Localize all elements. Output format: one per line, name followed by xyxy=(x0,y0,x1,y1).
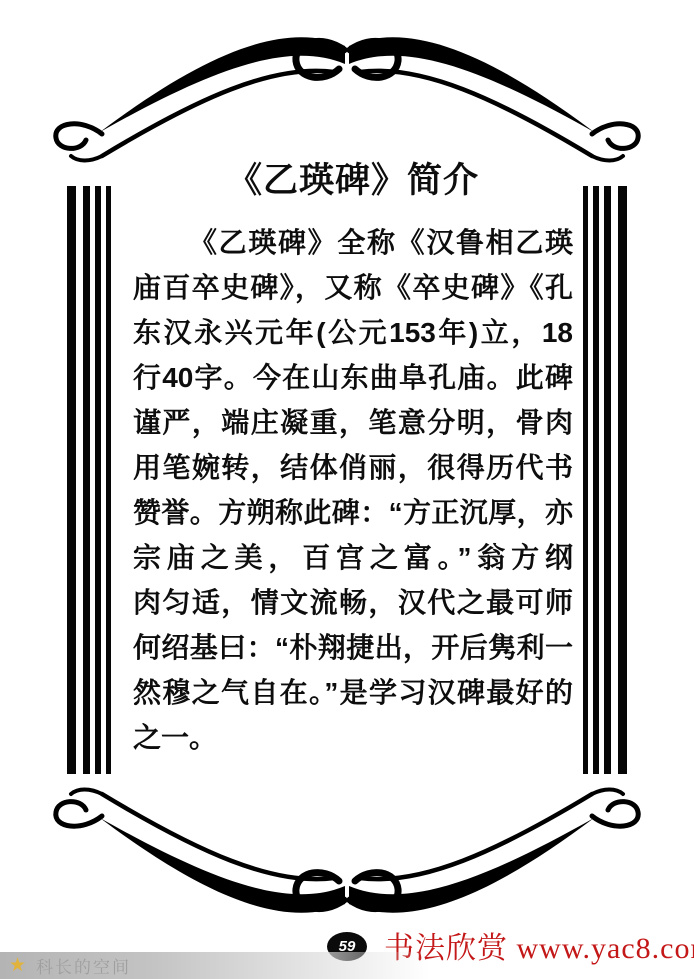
body-line: 《乙瑛碑》全称《汉鲁相乙瑛靖置孔 xyxy=(133,220,573,265)
scanned-book-page: 《乙瑛碑》简介 《乙瑛碑》全称《汉鲁相乙瑛靖置孔 庙百卒史碑》，又称《卒史碑》《… xyxy=(0,0,694,979)
body-text: 《乙瑛碑》全称《汉鲁相乙瑛靖置孔 庙百卒史碑》，又称《卒史碑》《孔和碑》。 东汉… xyxy=(133,220,573,760)
stripe xyxy=(67,186,76,774)
stripe xyxy=(583,186,588,774)
stripe xyxy=(618,186,627,774)
body-line: 东汉永兴元年(公元153年)立，18行，每 xyxy=(133,310,573,355)
body-line: 何绍基曰：“朴翔捷出，开后隽利一门， xyxy=(133,625,573,670)
stripe xyxy=(83,186,90,774)
flourish-bottom-ornament xyxy=(40,782,654,942)
stripe xyxy=(593,186,599,774)
corner-watermark-text: 科长的空间 xyxy=(36,953,131,978)
left-stripe-border xyxy=(67,186,111,774)
body-line: 然穆之气自在。”是学习汉碑最好的范本 xyxy=(133,670,573,715)
page-title: 《乙瑛碑》简介 xyxy=(133,158,573,210)
star-icon: ★ xyxy=(9,956,26,975)
stripe xyxy=(106,186,111,774)
body-line: 谨严，端庄凝重，笔意分明，骨肉匀称， xyxy=(133,400,573,445)
body-line: 用笔婉转，结体俏丽，很得历代书家的 xyxy=(133,445,573,490)
right-stripe-border xyxy=(583,186,627,774)
site-watermark: 书法欣赏 www.yac8.com xyxy=(384,929,694,969)
body-line: 庙百卒史碑》，又称《卒史碑》《孔和碑》。 xyxy=(133,265,573,310)
stripe xyxy=(95,186,101,774)
article: 《乙瑛碑》简介 《乙瑛碑》全称《汉鲁相乙瑛靖置孔 庙百卒史碑》，又称《卒史碑》《… xyxy=(133,158,573,760)
corner-watermark-bar: ★ 科长的空间 xyxy=(0,952,430,979)
stripe xyxy=(604,186,611,774)
flourish-top-ornament xyxy=(40,8,654,168)
body-line: 肉匀适，情文流畅，汉代之最可师法者。” xyxy=(133,580,573,625)
body-line: 宗庙之美，百宫之富。”翁方纲谓：“骨 xyxy=(133,535,573,580)
body-line: 之一。 xyxy=(133,715,573,760)
body-line: 行40字。今在山东曲阜孔庙。此碑法度 xyxy=(133,355,573,400)
body-line: 赞誉。方朔称此碑：“方正沉厚，亦是称 xyxy=(133,490,573,535)
